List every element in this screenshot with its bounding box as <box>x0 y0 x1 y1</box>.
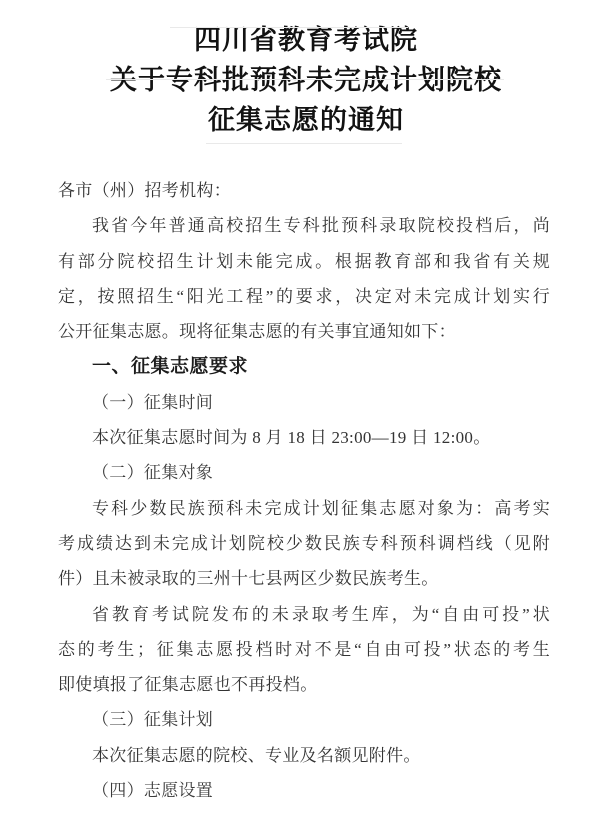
scan-artifact-line <box>206 143 402 144</box>
paragraph-line: 件）且未被录取的三州十七县两区少数民族考生。 <box>58 561 550 596</box>
title-line-2: 关于专科批预科未完成计划院校 <box>0 60 612 100</box>
document-page: 四川省教育考试院 关于专科批预科未完成计划院校 征集志愿的通知 各市（州）招考机… <box>0 0 612 830</box>
title-line-3: 征集志愿的通知 <box>0 100 612 140</box>
scan-artifact-line <box>106 79 504 80</box>
paragraph-line: 考成绩达到未完成计划院校少数民族专科预科调档线（见附 <box>58 526 550 561</box>
paragraph-line: 定，按照招生“阳光工程”的要求，决定对未完成计划实行 <box>58 279 550 314</box>
paragraph-line: 公开征集志愿。现将征集志愿的有关事宜通知如下： <box>58 314 550 349</box>
paragraph-line: 即使填报了征集志愿也不再投档。 <box>58 667 550 702</box>
title-line-1: 四川省教育考试院 <box>0 20 612 60</box>
paragraph-line: 有部分院校招生计划未能完成。根据教育部和我省有关规 <box>58 244 550 279</box>
paragraph-line: 我省今年普通高校招生专科批预科录取院校投档后，尚 <box>58 208 550 243</box>
salutation: 各市（州）招考机构： <box>58 173 550 208</box>
document-title: 四川省教育考试院 关于专科批预科未完成计划院校 征集志愿的通知 <box>0 0 612 140</box>
scan-artifact-line <box>170 27 408 28</box>
paragraph-line: 本次征集志愿的院校、专业及名额见附件。 <box>58 738 550 773</box>
subsection-heading: （四）志愿设置 <box>58 773 550 808</box>
document-body: 各市（州）招考机构： 我省今年普通高校招生专科批预科录取院校投档后，尚 有部分院… <box>58 173 550 808</box>
section-heading: 一、征集志愿要求 <box>58 349 550 384</box>
paragraph-line: 本次征集志愿时间为 8 月 18 日 23:00—19 日 12:00。 <box>58 420 550 455</box>
paragraph-line: 专科少数民族预科未完成计划征集志愿对象为：高考实 <box>58 491 550 526</box>
subsection-heading: （二）征集对象 <box>58 455 550 490</box>
paragraph-line: 态的考生；征集志愿投档时对不是“自由可投”状态的考生 <box>58 632 550 667</box>
paragraph-line: 省教育考试院发布的未录取考生库，为“自由可投”状 <box>58 597 550 632</box>
subsection-heading: （三）征集计划 <box>58 702 550 737</box>
subsection-heading: （一）征集时间 <box>58 385 550 420</box>
